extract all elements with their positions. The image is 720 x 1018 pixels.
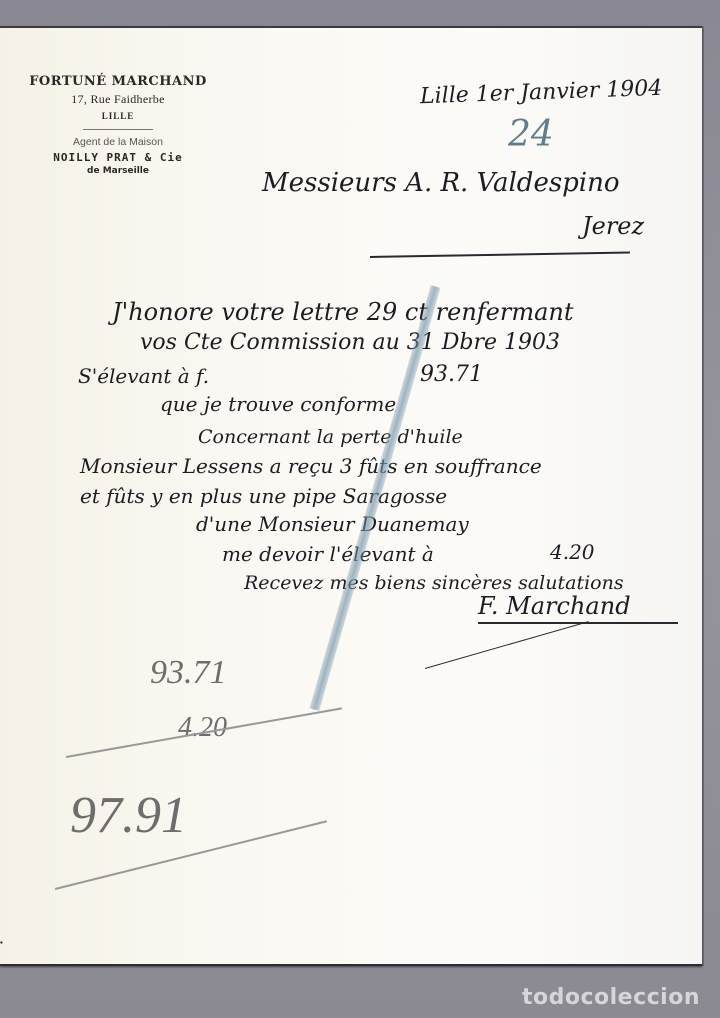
pencil-calc-line-1: 93.71 (150, 654, 227, 692)
closing-line: Recevez mes biens sincères salutations (244, 572, 624, 594)
signature: F. Marchand (478, 592, 631, 620)
letterhead-divider (83, 129, 153, 130)
addressee-underline (370, 251, 630, 257)
pencil-calc-total: 97.91 (70, 786, 187, 845)
body-line: Concernant la perte d'huile (198, 426, 463, 448)
letterhead-address: 17, Rue Faidherbe (28, 92, 208, 107)
letter-sheet: FORTUNÉ MARCHAND 17, Rue Faidherbe LILLE… (0, 26, 702, 966)
letterhead-house-place: de Marseille (28, 166, 208, 176)
body-line: d'une Monsieur Duanemay (196, 512, 469, 536)
body-line: et fûts y en plus une pipe Saragosse (80, 484, 447, 508)
edge-mark: ▪ (0, 938, 3, 947)
reference-number: 24 (508, 114, 554, 155)
amount-2: 4.20 (550, 540, 595, 564)
body-line: que je trouve conforme (160, 392, 396, 416)
body-line: me devoir l'élevant à (222, 542, 434, 566)
letterhead-house: NOILLY PRAT & Cie (28, 151, 208, 164)
letterhead-city: LILLE (28, 111, 208, 121)
addressee-city: Jerez (582, 212, 644, 240)
date-line: Lille 1er Janvier 1904 (420, 76, 663, 109)
letterhead-name: FORTUNÉ MARCHAND (28, 74, 208, 89)
addressee: Messieurs A. R. Valdespino (262, 168, 620, 198)
letterhead: FORTUNÉ MARCHAND 17, Rue Faidherbe LILLE… (28, 74, 208, 176)
body-line: Monsieur Lessens a reçu 3 fûts en souffr… (80, 454, 542, 478)
body-line: S'élevant à f. (78, 364, 209, 388)
body-line: vos Cte Commission au 31 Dbre 1903 (140, 330, 560, 355)
watermark: todocoleccion (522, 985, 700, 1010)
letterhead-agent-text: Agent de la Maison (28, 136, 208, 148)
signature-tail (425, 621, 589, 669)
body-line: J'honore votre lettre 29 ct renfermant (112, 298, 574, 326)
amount-1: 93.71 (420, 362, 483, 387)
